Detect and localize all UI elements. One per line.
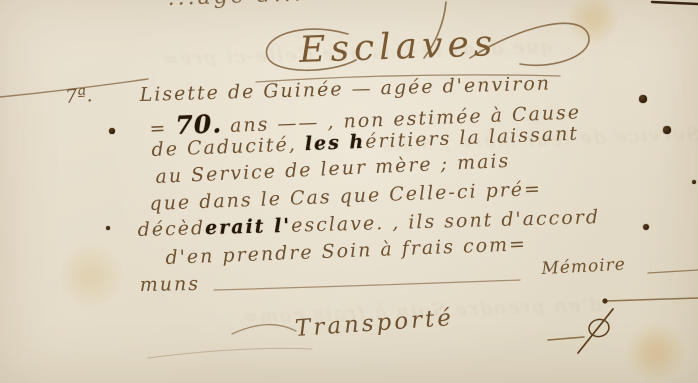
top-rule-fragment — [652, 2, 698, 4]
faint-stroke — [148, 348, 312, 358]
filler-rule — [214, 280, 520, 290]
rule-start-dot — [602, 298, 607, 303]
entry-line-segment: décèd — [137, 217, 205, 241]
entry-line: muns — [140, 273, 201, 296]
entry-line-segment: erait l' — [205, 215, 292, 239]
ink-dot — [643, 224, 649, 230]
amount-column-rule — [606, 298, 698, 301]
entry-line-segment: = — [149, 117, 176, 140]
entry-line-segment: muns — [140, 273, 201, 296]
ink-dot — [639, 95, 646, 102]
entry-line-segment: de Caducité, — [151, 133, 305, 161]
ink-dot — [109, 128, 114, 133]
section-title: Esclaves — [299, 23, 498, 71]
paper-background: que dans le Cas que Celle-ci pré= au Ser… — [0, 0, 698, 383]
carry-dash — [548, 337, 584, 340]
entry-line-segment: 70. — [175, 108, 223, 140]
ink-dot — [106, 226, 110, 230]
valuation-note: Mémoire — [541, 255, 626, 279]
memoire-dash — [648, 270, 698, 273]
entry-line-segment: les h — [304, 131, 365, 155]
entry-number: 7ª. — [64, 84, 93, 108]
entry-line-segment: esclave. , ils sont d'accord — [291, 206, 600, 237]
ink-dot — [663, 126, 670, 133]
manuscript-page: { "colors": { "paper": "#e6decb", "ink":… — [0, 0, 698, 383]
ink-dot — [692, 180, 696, 184]
cropped-previous-line: ...age d... — [167, 0, 304, 11]
